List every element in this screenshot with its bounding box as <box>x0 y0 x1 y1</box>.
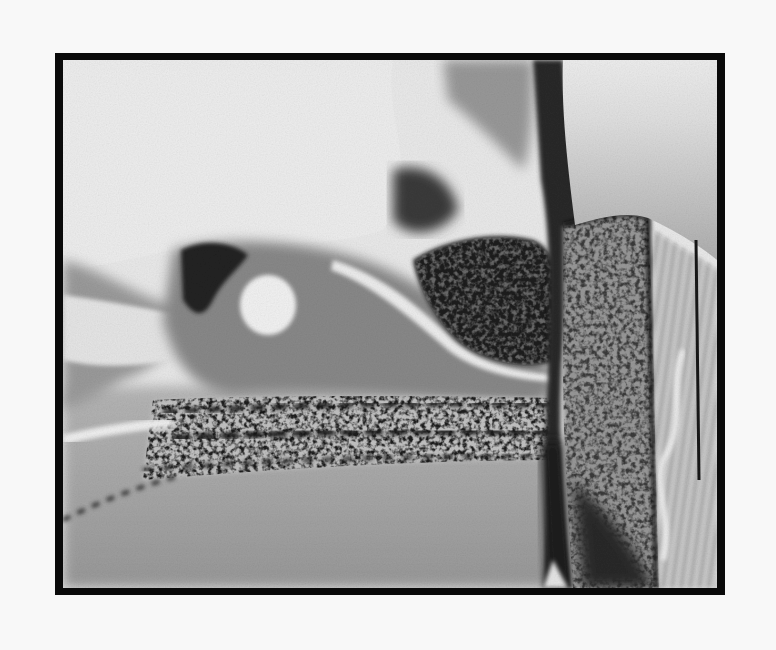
photograph <box>63 60 717 588</box>
photo-frame <box>55 53 725 595</box>
photo-illustration <box>63 60 717 588</box>
